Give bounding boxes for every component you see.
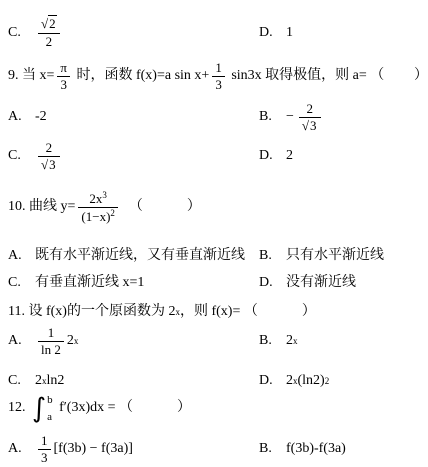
q11-text-1: 11. 设 f(x)的一个原函数为 2 [8, 304, 175, 321]
q11-option-c: C. 2 x ln2 [8, 373, 259, 390]
option-d-value: 1 [286, 25, 293, 42]
option-c-text: 有垂直渐近线 x=1 [35, 275, 144, 292]
q8-option-d: D. 1 [259, 25, 293, 42]
fraction-numerator: √2 [38, 16, 60, 33]
q12-option-b: B. f(3b)-f(3a) [259, 441, 346, 458]
fraction-numerator: 2x3 [78, 190, 118, 208]
close-paren: ） [187, 199, 201, 216]
q12-text-2: f′(3x)dx = （ [56, 400, 133, 417]
option-a-value: -2 [35, 109, 47, 126]
denominator-base: (1−x) [81, 209, 110, 224]
option-b-label: B. [259, 109, 286, 126]
power-base: 2 [67, 333, 74, 350]
integral-upper-bound: b [47, 395, 53, 406]
q11-options-ab-row: A. 1 ln 2 2 x B. 2 x [8, 325, 428, 359]
exponent-x: x [74, 336, 79, 347]
fraction-pi-over-3: π 3 [57, 60, 70, 94]
option-a-text: 既有水平渐近线，又有垂直渐近线 [35, 248, 245, 265]
q10-text-1: 10. 曲线 y= [8, 199, 75, 216]
option-b-label: B. [259, 248, 286, 265]
integral-lower-bound: a [47, 412, 53, 423]
q10-option-c: C. 有垂直渐近线 x=1 [8, 275, 259, 292]
question-9: 9. 当 x= π 3 时，函数 f(x)=a sin x+ 1 3 sin3x… [8, 60, 428, 94]
q10-option-a: A. 既有水平渐近线，又有垂直渐近线 [8, 248, 259, 265]
fraction-denominator: 3 [57, 77, 70, 93]
q10-option-d: D. 没有渐近线 [259, 275, 356, 292]
q9-text-1: 9. 当 x= [8, 68, 54, 85]
option-c-label: C. [8, 148, 35, 165]
option-b-text: 只有水平渐近线 [286, 248, 384, 265]
q12-options-ab-row: A. 1 3 [f(3b) − f(3a)] B. f(3b)-f(3a) [8, 433, 428, 467]
option-a-rest: [f(3b) − f(3a)] [54, 441, 133, 458]
q11-options-cd-row: C. 2 x ln2 D. 2 x (ln2) 2 [8, 372, 428, 392]
option-b-label: B. [259, 333, 286, 350]
integral-bounds: b a [47, 395, 53, 423]
option-a-label: A. [8, 248, 35, 265]
q9-options-cd-row: C. 2 √3 D. 2 [8, 139, 428, 175]
fraction-numerator: 2 [38, 140, 60, 157]
fraction-denominator: ln 2 [38, 342, 64, 358]
q11-option-a: A. 1 ln 2 2 x [8, 325, 259, 359]
q9-text-3: sin3x 取得极值，则 a= （ [228, 68, 384, 85]
q9-option-c: C. 2 √3 [8, 140, 259, 174]
option-d-label: D. [259, 373, 286, 390]
q9-options-ab-row: A. -2 B. − 2 √3 [8, 101, 428, 135]
q10-options-cd-row: C. 有垂直渐近线 x=1 D. 没有渐近线 [8, 274, 428, 294]
q8-option-c: C. √2 2 [8, 16, 259, 50]
sqrt-sign: √ [302, 118, 309, 133]
fraction-1-over-3: 1 3 [212, 60, 225, 94]
power-base: 2 [35, 373, 42, 390]
option-d-label: D. [259, 148, 286, 165]
fraction-numerator: 1 [212, 60, 225, 77]
q8-options-cd-row: C. √2 2 D. 1 [8, 15, 428, 51]
sqrt-radicand: 3 [48, 156, 57, 172]
close-paren: ） [177, 400, 191, 417]
integral: ∫ b a [32, 395, 53, 423]
option-d-label: D. [259, 25, 286, 42]
fraction-numerator: 2 [299, 101, 321, 118]
option-a-label: A. [8, 109, 35, 126]
q9-text-2: 时，函数 f(x)=a sin x+ [73, 68, 209, 85]
power-base: 2 [286, 333, 293, 350]
question-12: 12. ∫ b a f′(3x)dx = （ ） [8, 394, 428, 424]
q9-option-a: A. -2 [8, 109, 259, 126]
q10-option-b: B. 只有水平渐近线 [259, 248, 384, 265]
fraction-denominator: 3 [212, 77, 225, 93]
power-base: 2 [286, 373, 293, 390]
exponent-2: 2 [325, 376, 330, 387]
option-d-value: 2 [286, 148, 293, 165]
option-a-label: A. [8, 441, 35, 458]
option-b-text: f(3b)-f(3a) [286, 441, 346, 458]
minus-sign: − [286, 109, 294, 126]
fraction-denominator: √3 [299, 118, 321, 134]
q9-option-d: D. 2 [259, 148, 293, 165]
denominator-exponent: 2 [110, 208, 115, 218]
q12-option-a: A. 1 3 [f(3b) − f(3a)] [8, 433, 259, 467]
integral-sign: ∫ [32, 395, 46, 422]
option-a-label: A. [8, 333, 35, 350]
option-b-label: B. [259, 441, 286, 458]
q11-option-d: D. 2 x (ln2) 2 [259, 373, 329, 390]
q11-text-2: ，则 f(x)= （ [180, 304, 258, 321]
sqrt-radicand: 2 [48, 15, 57, 31]
numerator-base: 2x [89, 191, 102, 206]
question-10: 10. 曲线 y= 2x3 (1−x)2 （ ） [8, 187, 428, 229]
close-paren: ） [302, 304, 316, 321]
option-d-text: 没有渐近线 [286, 275, 356, 292]
close-paren: ） [414, 68, 428, 85]
fraction-numerator: 1 [38, 325, 64, 342]
option-c-rest: ln2 [47, 373, 65, 390]
fraction-1-over-ln2: 1 ln 2 [38, 325, 64, 359]
option-d-label: D. [259, 275, 286, 292]
fraction-sqrt2-over-2: √2 2 [38, 16, 60, 50]
q9-option-b: B. − 2 √3 [259, 101, 324, 135]
option-c-label: C. [8, 25, 35, 42]
fraction-2x3-over-1-minus-x-squared: 2x3 (1−x)2 [78, 190, 118, 226]
option-c-label: C. [8, 373, 35, 390]
fraction-2-over-sqrt3: 2 √3 [299, 101, 321, 135]
fraction-denominator: (1−x)2 [78, 208, 118, 225]
sqrt-radicand: 3 [309, 117, 318, 133]
option-c-label: C. [8, 275, 35, 292]
fraction-denominator: 3 [38, 450, 51, 466]
q11-option-b: B. 2 x [259, 333, 298, 350]
open-paren: （ [129, 199, 143, 216]
fraction-1-over-3: 1 3 [38, 433, 51, 467]
fraction-denominator: 2 [38, 34, 60, 50]
exam-page: C. √2 2 D. 1 9. 当 x= π 3 时，函数 f(x)=a sin… [0, 0, 428, 467]
fraction-numerator: π [57, 60, 70, 77]
q12-text-1: 12. [8, 400, 29, 417]
fraction-numerator: 1 [38, 433, 51, 450]
q10-options-ab-row: A. 既有水平渐近线，又有垂直渐近线 B. 只有水平渐近线 [8, 247, 428, 267]
numerator-exponent: 3 [102, 190, 107, 200]
option-d-mid: (ln2) [298, 373, 325, 390]
fraction-2-over-sqrt3: 2 √3 [38, 140, 60, 174]
exponent-x: x [293, 336, 298, 347]
fraction-denominator: √3 [38, 157, 60, 173]
question-11: 11. 设 f(x)的一个原函数为 2 x ，则 f(x)= （ ） [8, 302, 428, 324]
